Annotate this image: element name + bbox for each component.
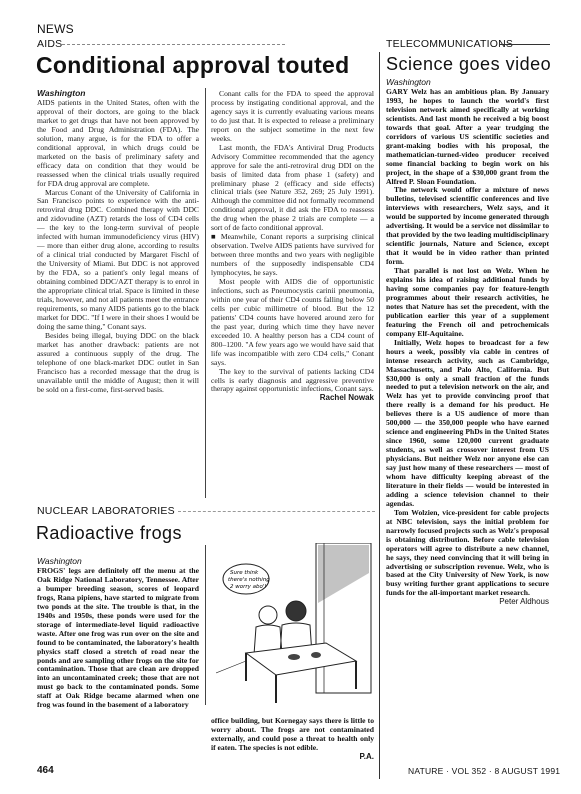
speech-bubble-line-1: Sure think [230, 570, 259, 576]
aids-paragraph-5: Last month, the FDA's Antiviral Drug Pro… [211, 144, 374, 234]
headline-video: Science goes video [386, 54, 551, 75]
aids-column-2: Conant calls for the FDA to speed the ap… [211, 90, 374, 403]
video-column: Washington GARY Welz has an ambitious pl… [386, 77, 549, 607]
header-rule-left [62, 44, 285, 45]
video-paragraph-1: GARY Welz has an ambitious plan. By Janu… [386, 88, 549, 186]
aids-paragraph-7: Most people with AIDS die of opportunist… [211, 278, 374, 368]
section-label-nuclear: NUCLEAR LABORATORIES [37, 505, 175, 517]
byline-video: Peter Aldhous [386, 598, 549, 607]
aids-paragraph-4: Conant calls for the FDA to speed the ap… [211, 90, 374, 144]
video-paragraph-5: Tom Wolzien, vice-president for cable pr… [386, 509, 549, 599]
frogs-column-2: office building, but Kornegay says there… [211, 717, 374, 762]
journal-info: NATURE · VOL 352 · 8 AUGUST 1991 [408, 766, 560, 776]
nuclear-rule [178, 511, 375, 512]
aids-paragraph-6: ■ Meanwhile, Conant reports a surprising… [211, 233, 374, 278]
header-rule-right [500, 44, 550, 45]
aids-paragraph-2: Marcus Conant of the University of Calif… [37, 189, 199, 332]
aids-paragraph-1: AIDS patients in the United States, ofte… [37, 99, 199, 189]
frogs-column-1: Washington FROGS' legs are definitely of… [37, 556, 199, 710]
video-paragraph-4: Initially, Welz hopes to broadcast for a… [386, 339, 549, 509]
column-divider-main [379, 52, 380, 779]
section-label-aids: AIDS [37, 38, 62, 50]
aids-column-1: Washington AIDS patients in the United S… [37, 88, 199, 394]
headline-aids: Conditional approval touted [36, 52, 349, 79]
cartoon-illustration: Sure think there's nothing 2 worry abo'! [216, 543, 374, 708]
section-label-telecommunications: TELECOMMUNICATIONS [386, 38, 513, 50]
video-paragraph-2: The network would offer a mixture of new… [386, 186, 549, 267]
headline-frogs: Radioactive frogs [36, 523, 182, 544]
column-divider-aids [205, 88, 206, 498]
svg-text:there's nothing: there's nothing [228, 577, 270, 583]
byline-aids: Rachel Nowak [211, 394, 374, 403]
aids-paragraph-8: The key to the survival of patients lack… [211, 368, 374, 395]
column-divider-frogs [205, 545, 206, 705]
frogs-paragraph-2: office building, but Kornegay says there… [211, 717, 374, 753]
section-title: NEWS [37, 22, 74, 36]
frogs-paragraph-1: FROGS' legs are definitely off the menu … [37, 567, 199, 710]
aids-paragraph-3: Besides being illegal, buying DDC on the… [37, 332, 199, 395]
svg-text:2 worry abo'!: 2 worry abo'! [230, 584, 267, 590]
video-paragraph-3: That parallel is not lost on Welz. When … [386, 267, 549, 339]
byline-frogs: P.A. [211, 753, 374, 762]
page-number: 464 [37, 765, 54, 776]
